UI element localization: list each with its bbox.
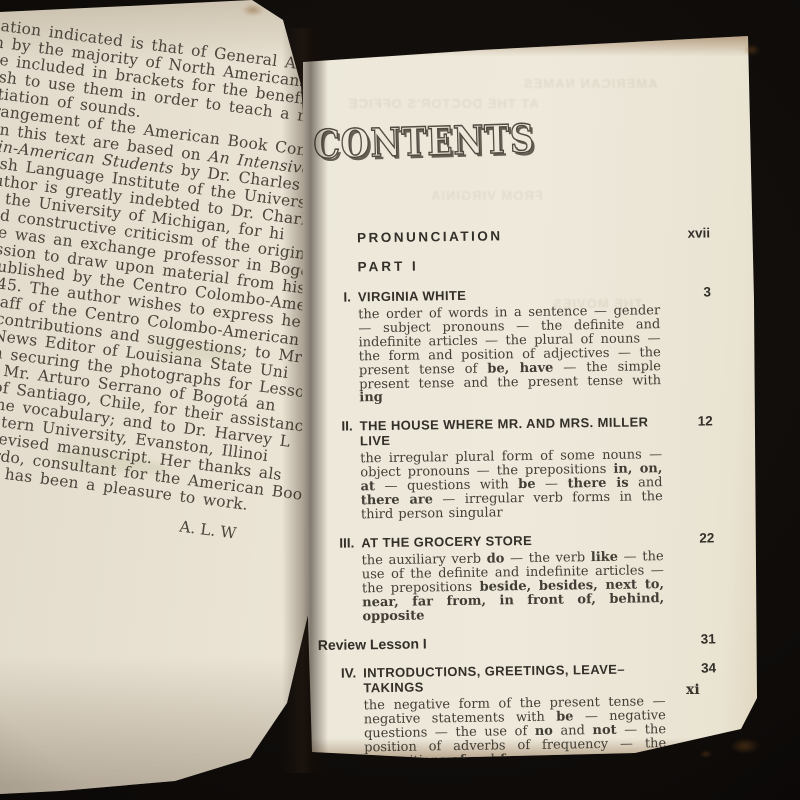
toc-list: PRONUNCIATIONxviiPART II.VIRGINIA WHITE3…	[312, 225, 718, 782]
entry-page-number: 31	[672, 632, 716, 649]
toc-entry-title-row: II.THE HOUSE WHERE MR. AND MRS. MILLER L…	[315, 414, 713, 450]
entry-title: THE HOUSE WHERE MR. AND MRS. MILLER LIVE	[360, 414, 669, 448]
toc-entry-title-row: IV.INTRODUCTIONS, GREETINGS, LEAVE–TAKIN…	[318, 661, 716, 697]
ghost-showthrough-text: FROM VIRGINIA	[430, 188, 543, 203]
entry-description: the negative form of the present tense —…	[364, 696, 667, 770]
toc-entry: II.THE HOUSE WHERE MR. AND MRS. MILLER L…	[315, 414, 714, 523]
text-segment: of	[451, 753, 465, 768]
book-photo: ciation indicated is that of General Ame…	[0, 0, 800, 800]
foxing-spot	[242, 4, 264, 16]
entry-page-number: 3	[667, 284, 711, 300]
toc-entry: IV.INTRODUCTIONS, GREETINGS, LEAVE–TAKIN…	[318, 661, 717, 770]
text-segment: and	[465, 752, 500, 767]
toc-entry: I.VIRGINIA WHITE3the order of words in a…	[313, 284, 713, 406]
contents-heading: CONTENTS	[313, 120, 535, 165]
front-matter-label: PRONUNCIATION	[357, 226, 666, 245]
entry-page-number: 34	[672, 661, 716, 677]
review-lesson-row: Review Lesson I31	[318, 632, 716, 654]
toc-entry-title-row: III.AT THE GROCERY STORE22	[316, 530, 714, 551]
toc-part-label: PART I	[357, 254, 710, 274]
entry-page-number: 22	[670, 530, 714, 546]
entry-page-number: xvii	[666, 225, 710, 241]
toc-front-row: PRONUNCIATIONxvii	[312, 225, 710, 246]
text-segment: ing	[359, 390, 383, 405]
foxing-spot	[700, 750, 712, 758]
review-lesson-label: Review Lesson I	[318, 632, 672, 653]
entry-description: the irregular plural form of some nouns …	[360, 448, 663, 522]
foxing-spot	[730, 738, 760, 754]
page-folio: xi	[686, 682, 700, 698]
toc-entry-title-row: I.VIRGINIA WHITE3	[313, 284, 711, 305]
page-top-browned-edge	[300, 34, 758, 60]
entry-title: AT THE GROCERY STORE	[361, 531, 670, 550]
foxing-spot	[744, 44, 760, 56]
entry-title: INTRODUCTIONS, GREETINGS, LEAVE–TAKINGS	[363, 661, 672, 695]
entry-page-number: 12	[669, 414, 713, 430]
gutter-shadow	[282, 28, 328, 773]
ghost-showthrough-text: THE MOVIES	[552, 296, 642, 311]
ghost-showthrough-text: AT THE DOCTOR'S OFFICE	[348, 96, 539, 111]
text-segment: from	[500, 752, 535, 767]
entry-description: the auxiliary verb do — the verb like — …	[362, 550, 665, 624]
toc-entry: III.AT THE GROCERY STORE22the auxiliary …	[316, 530, 715, 624]
ghost-showthrough-text: AMERICAN NAMES	[523, 76, 658, 91]
entry-description: the order of words in a sentence — gende…	[358, 304, 661, 406]
